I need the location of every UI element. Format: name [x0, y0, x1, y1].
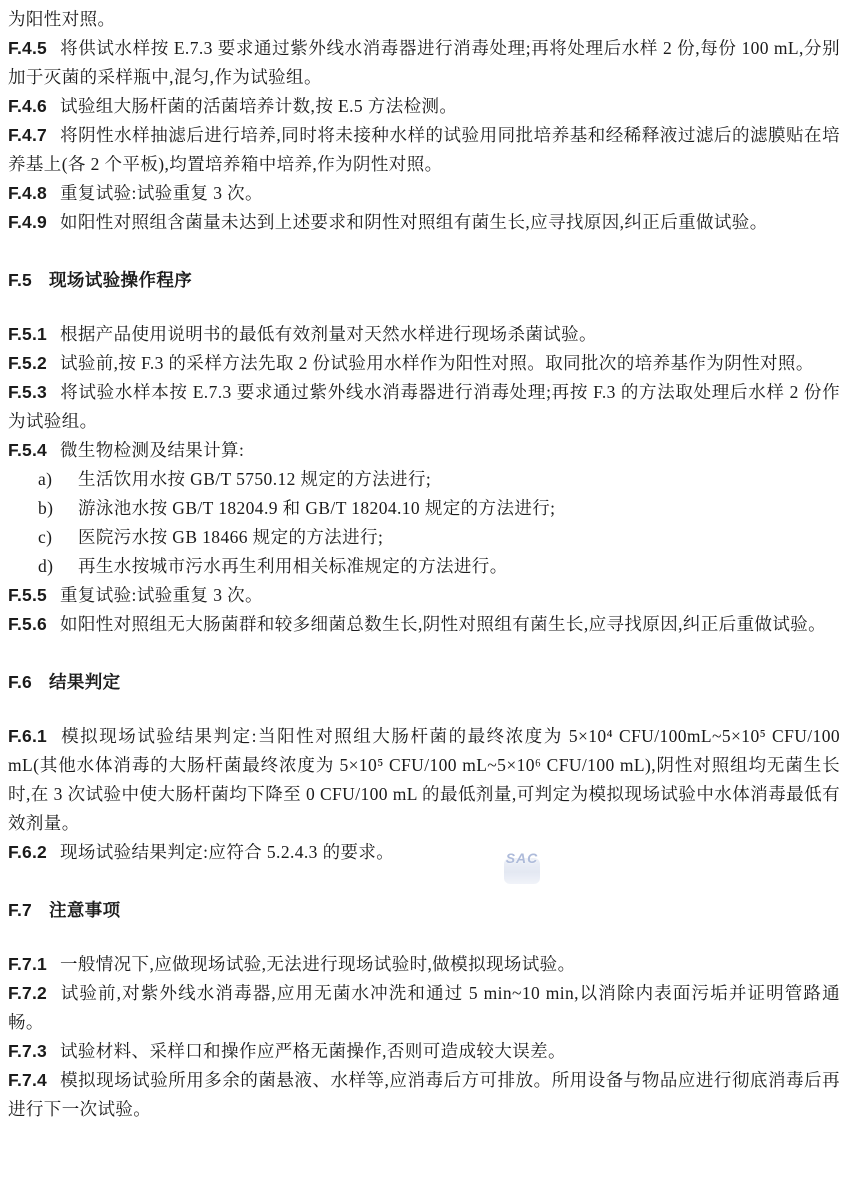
section-title: 结果判定	[49, 672, 121, 692]
section-heading-f6: F.6结果判定	[8, 668, 840, 697]
clause-f5-3: F.5.3将试验水样本按 E.7.3 要求通过紫外线水消毒器进行消毒处理;再按 …	[8, 378, 840, 436]
clause-number: F.4.8	[8, 183, 47, 203]
clause-number: F.5.5	[8, 585, 47, 605]
clause-number: F.4.5	[8, 38, 47, 58]
list-item-text: 游泳池水按 GB/T 18204.9 和 GB/T 18204.10 规定的方法…	[78, 494, 840, 523]
list-item-b: b)游泳池水按 GB/T 18204.9 和 GB/T 18204.10 规定的…	[8, 494, 840, 523]
clause-number: F.4.6	[8, 96, 47, 116]
clause-text: 一般情况下,应做现场试验,无法进行现场试验时,做模拟现场试验。	[60, 954, 576, 974]
clause-text: 将阴性水样抽滤后进行培养,同时将未接种水样的试验用同批培养基和经稀释液过滤后的滤…	[8, 125, 840, 174]
clause-text: 如阳性对照组无大肠菌群和较多细菌总数生长,阴性对照组有菌生长,应寻找原因,纠正后…	[60, 614, 826, 634]
clause-number: F.5.3	[8, 382, 47, 402]
clause-f5-5: F.5.5重复试验:试验重复 3 次。	[8, 581, 840, 610]
clause-text: 模拟现场试验结果判定:当阳性对照组大肠杆菌的最终浓度为 5×10⁴ CFU/10…	[8, 726, 840, 833]
section-title: 注意事项	[49, 900, 121, 920]
clause-number: F.4.7	[8, 125, 47, 145]
section-number: F.6	[8, 672, 32, 692]
section-number: F.5	[8, 270, 32, 290]
clause-text: 将供试水样按 E.7.3 要求通过紫外线水消毒器进行消毒处理;再将处理后水样 2…	[8, 38, 840, 87]
standard-document-page: 为阳性对照。 F.4.5将供试水样按 E.7.3 要求通过紫外线水消毒器进行消毒…	[0, 0, 848, 1124]
clause-text: 重复试验:试验重复 3 次。	[60, 183, 263, 203]
list-marker: a)	[38, 465, 78, 494]
list-marker: b)	[38, 494, 78, 523]
clause-number: F.7.1	[8, 954, 47, 974]
clause-number: F.5.4	[8, 440, 47, 460]
clause-number: F.5.6	[8, 614, 47, 634]
clause-f4-8: F.4.8重复试验:试验重复 3 次。	[8, 179, 840, 208]
clause-f7-4: F.7.4模拟现场试验所用多余的菌悬液、水样等,应消毒后方可排放。所用设备与物品…	[8, 1066, 840, 1124]
clause-text: 试验材料、采样口和操作应严格无菌操作,否则可造成较大误差。	[60, 1041, 566, 1061]
clause-text: 将试验水样本按 E.7.3 要求通过紫外线水消毒器进行消毒处理;再按 F.3 的…	[8, 382, 840, 431]
clause-number: F.6.2	[8, 842, 47, 862]
paragraph-text: 为阳性对照。	[8, 9, 115, 29]
clause-text: 试验前,对紫外线水消毒器,应用无菌水冲洗和通过 5 min~10 min,以消除…	[8, 983, 840, 1032]
clause-number: F.7.3	[8, 1041, 47, 1061]
clause-f7-3: F.7.3试验材料、采样口和操作应严格无菌操作,否则可造成较大误差。	[8, 1037, 840, 1066]
section-heading-f7: F.7注意事项	[8, 896, 840, 925]
section-title: 现场试验操作程序	[49, 270, 192, 290]
clause-text: 重复试验:试验重复 3 次。	[60, 585, 263, 605]
clause-text: 现场试验结果判定:应符合 5.2.4.3 的要求。	[60, 842, 394, 862]
clause-text: 根据产品使用说明书的最低有效剂量对天然水样进行现场杀菌试验。	[60, 324, 597, 344]
section-heading-f5: F.5现场试验操作程序	[8, 266, 840, 295]
clause-f7-1: F.7.1一般情况下,应做现场试验,无法进行现场试验时,做模拟现场试验。	[8, 950, 840, 979]
clause-number: F.6.1	[8, 726, 47, 746]
list-item-a: a)生活饮用水按 GB/T 5750.12 规定的方法进行;	[8, 465, 840, 494]
list-item-c: c)医院污水按 GB 18466 规定的方法进行;	[8, 523, 840, 552]
clause-text: 模拟现场试验所用多余的菌悬液、水样等,应消毒后方可排放。所用设备与物品应进行彻底…	[8, 1070, 840, 1119]
clause-f4-7: F.4.7将阴性水样抽滤后进行培养,同时将未接种水样的试验用同批培养基和经稀释液…	[8, 121, 840, 179]
list-item-text: 再生水按城市污水再生利用相关标准规定的方法进行。	[78, 552, 840, 581]
clause-number: F.7.2	[8, 983, 47, 1003]
section-number: F.7	[8, 900, 32, 920]
clause-f4-9: F.4.9如阳性对照组含菌量未达到上述要求和阴性对照组有菌生长,应寻找原因,纠正…	[8, 208, 840, 237]
clause-text: 微生物检测及结果计算:	[60, 440, 244, 460]
clause-number: F.4.9	[8, 212, 47, 232]
clause-f7-2: F.7.2试验前,对紫外线水消毒器,应用无菌水冲洗和通过 5 min~10 mi…	[8, 979, 840, 1037]
clause-text: 试验组大肠杆菌的活菌培养计数,按 E.5 方法检测。	[60, 96, 457, 116]
clause-number: F.5.1	[8, 324, 47, 344]
continuation-paragraph: 为阳性对照。	[8, 5, 840, 34]
clause-number: F.7.4	[8, 1070, 47, 1090]
clause-f4-6: F.4.6试验组大肠杆菌的活菌培养计数,按 E.5 方法检测。	[8, 92, 840, 121]
clause-f6-1: F.6.1模拟现场试验结果判定:当阳性对照组大肠杆菌的最终浓度为 5×10⁴ C…	[8, 722, 840, 838]
clause-number: F.5.2	[8, 353, 47, 373]
clause-text: 试验前,按 F.3 的采样方法先取 2 份试验用水样作为阳性对照。取同批次的培养…	[60, 353, 814, 373]
list-item-d: d)再生水按城市污水再生利用相关标准规定的方法进行。	[8, 552, 840, 581]
list-marker: c)	[38, 523, 78, 552]
clause-f4-5: F.4.5将供试水样按 E.7.3 要求通过紫外线水消毒器进行消毒处理;再将处理…	[8, 34, 840, 92]
clause-f5-1: F.5.1根据产品使用说明书的最低有效剂量对天然水样进行现场杀菌试验。	[8, 320, 840, 349]
list-item-text: 医院污水按 GB 18466 规定的方法进行;	[78, 523, 840, 552]
clause-f5-6: F.5.6如阳性对照组无大肠菌群和较多细菌总数生长,阴性对照组有菌生长,应寻找原…	[8, 610, 840, 639]
clause-f6-2: F.6.2现场试验结果判定:应符合 5.2.4.3 的要求。	[8, 838, 840, 867]
list-item-text: 生活饮用水按 GB/T 5750.12 规定的方法进行;	[78, 465, 840, 494]
clause-f5-2: F.5.2试验前,按 F.3 的采样方法先取 2 份试验用水样作为阳性对照。取同…	[8, 349, 840, 378]
clause-f5-4: F.5.4微生物检测及结果计算:	[8, 436, 840, 465]
list-marker: d)	[38, 552, 78, 581]
clause-text: 如阳性对照组含菌量未达到上述要求和阴性对照组有菌生长,应寻找原因,纠正后重做试验…	[60, 212, 768, 232]
